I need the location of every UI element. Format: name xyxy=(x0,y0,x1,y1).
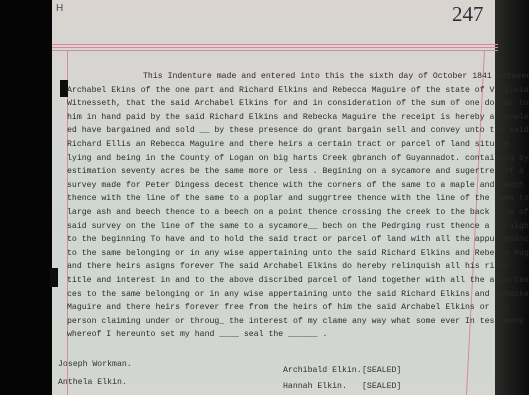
deed-line: thence with the line of the same to a po… xyxy=(67,192,487,206)
header-rule xyxy=(52,50,498,51)
grantor-signature: Archibald Elkin. xyxy=(283,366,362,375)
witness-signature: Anthela Elkin. xyxy=(58,378,127,387)
deed-line: Richard Ellis an Rebecca Maguire and the… xyxy=(67,138,487,152)
deed-line: lying and being in the County of Logan o… xyxy=(67,152,487,166)
deed-line: whereof I hereunto set my hand ____ seal… xyxy=(67,328,487,342)
margin-marker xyxy=(50,268,58,287)
grantor-signature: Hannah Elkin. xyxy=(283,382,347,391)
corner-mark: H xyxy=(56,3,63,14)
deed-line: to the beginning To have and to hold the… xyxy=(67,233,487,247)
header-rule xyxy=(52,44,498,45)
deed-line: Archabel Ekins of the one part and Richa… xyxy=(67,84,487,98)
header-rule xyxy=(52,47,498,48)
seal-label: [SEALED] xyxy=(362,382,401,391)
seal-label: [SEALED] xyxy=(362,366,401,375)
deed-line: said survey on the line of the same to a… xyxy=(67,220,487,234)
deed-line: estimation seventy acres be the same mor… xyxy=(67,165,487,179)
deed-body: This Indenture made and entered into thi… xyxy=(67,70,487,342)
deed-line: This Indenture made and entered into thi… xyxy=(67,70,487,84)
deed-line: title and interest in and to the above d… xyxy=(67,274,487,288)
deed-line: Witnesseth, that the said Archabel Elkin… xyxy=(67,97,487,111)
deed-line: him in hand paid by the said Richard Elk… xyxy=(67,111,487,125)
page-number: 247 xyxy=(452,2,484,27)
deed-line: survey made for Peter Dingess decest the… xyxy=(67,179,487,193)
deed-line: ed have bargained and sold __ by these p… xyxy=(67,124,487,138)
deed-line: ces to the same belonging or in any wise… xyxy=(67,288,487,302)
deed-line: and there heirs asigns forever The said … xyxy=(67,260,487,274)
witness-signature: Joseph Workman. xyxy=(58,360,132,369)
deed-line: to the same belonging or in any wise app… xyxy=(67,247,487,261)
deed-line: Maguire and there heirs forever free fro… xyxy=(67,301,487,315)
deed-line: large ash and beech thence to a beech on… xyxy=(67,206,487,220)
deed-line: person claiming under or throug_ the int… xyxy=(67,315,487,329)
